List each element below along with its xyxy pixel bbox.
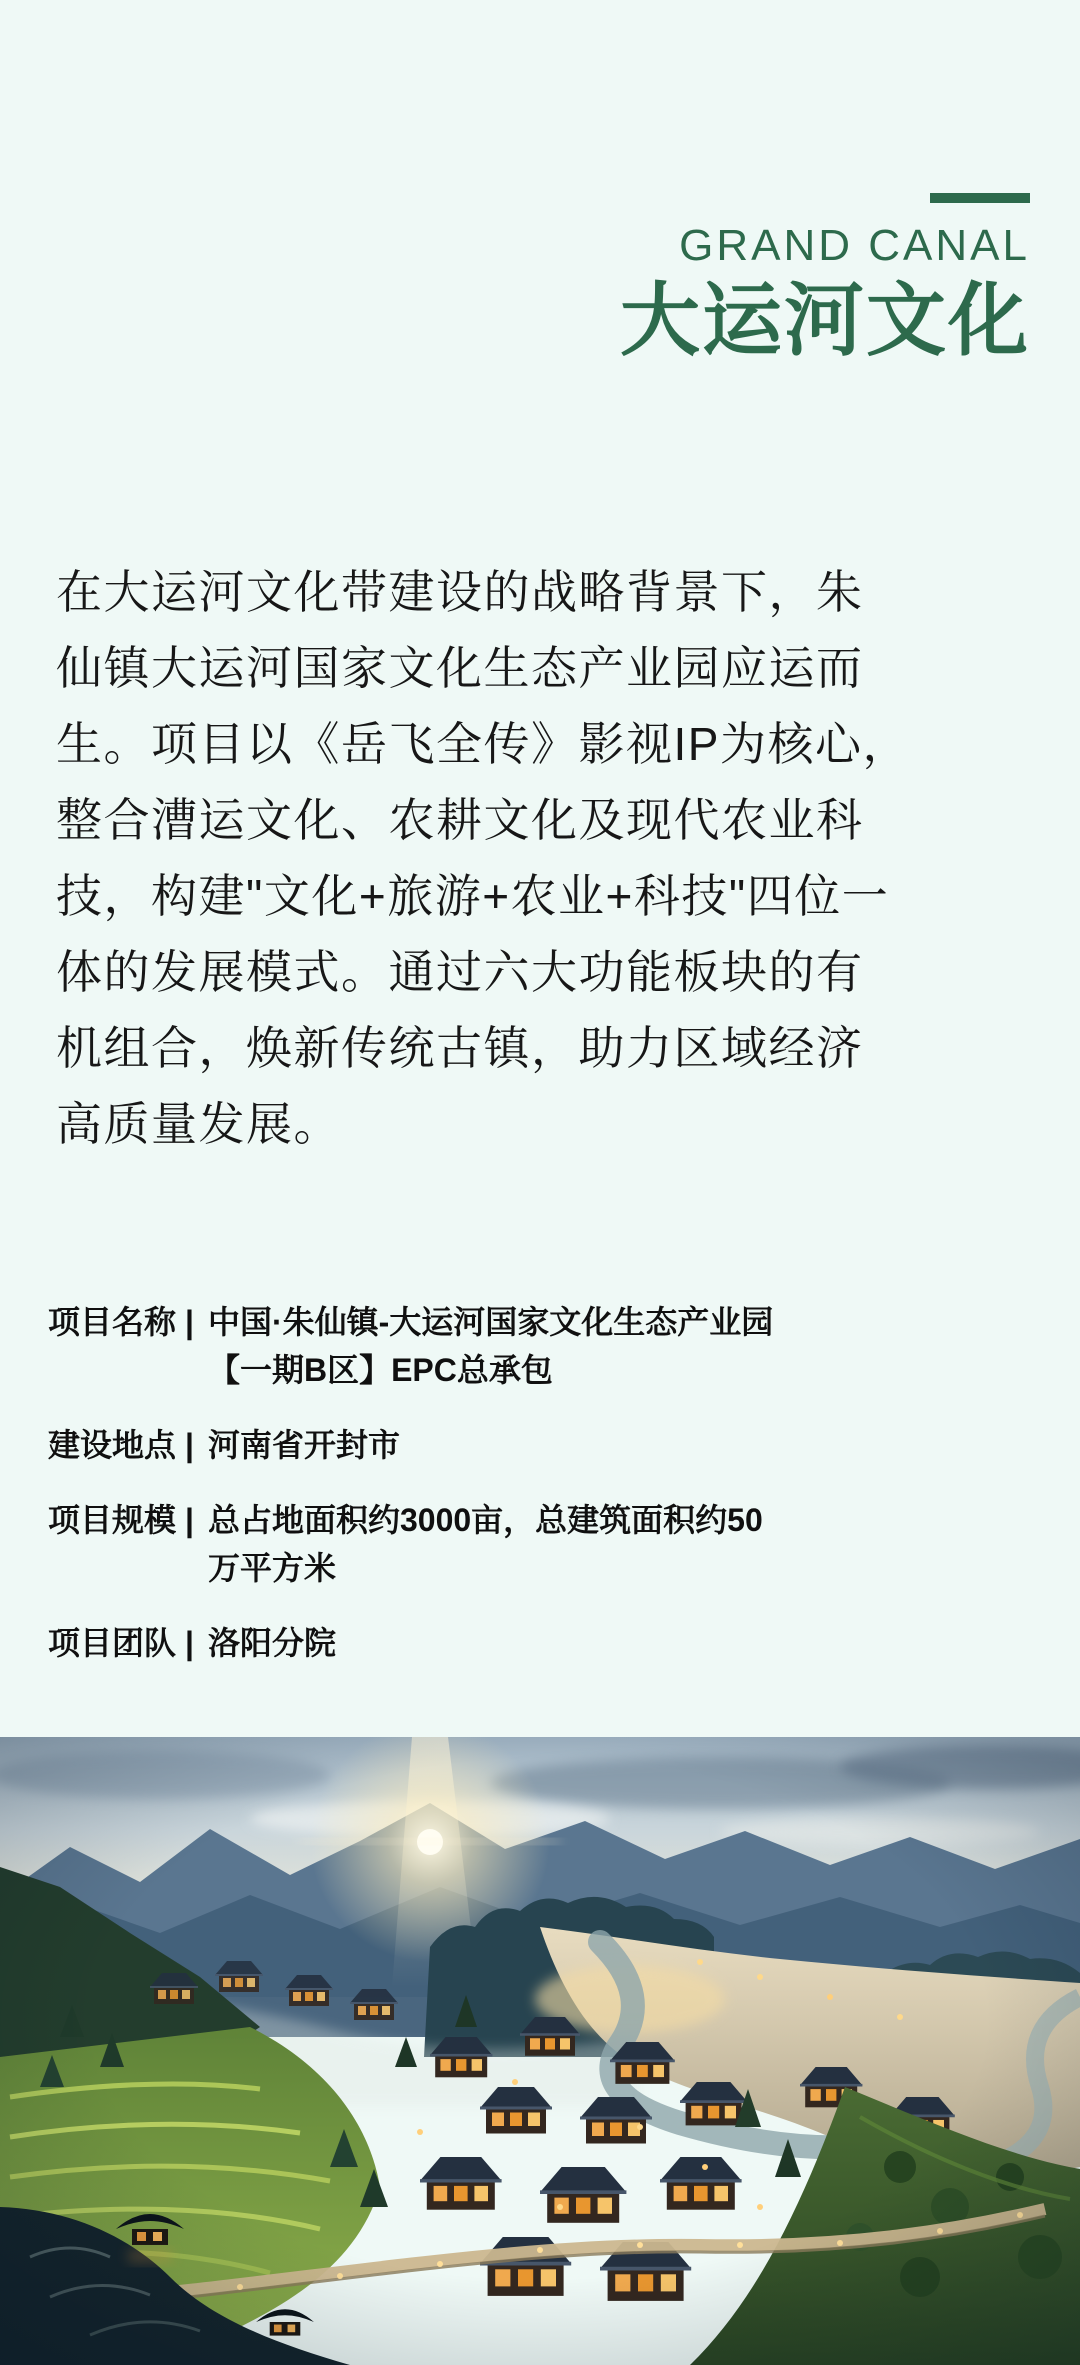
info-label: 项目名称 — [48, 1298, 176, 1346]
info-row-scale: 项目规模 | 总占地面积约3000亩，总建筑面积约50 万平方米 — [48, 1496, 1040, 1592]
info-separator: | — [185, 1619, 194, 1667]
info-label: 项目规模 — [48, 1496, 176, 1544]
project-info-list: 项目名称 | 中国·朱仙镇-大运河国家文化生态产业园 【一期B区】EPC总承包 … — [48, 1298, 1040, 1694]
page-title: 大运河文化 — [620, 277, 1030, 365]
info-row-team: 项目团队 | 洛阳分院 — [48, 1619, 1040, 1667]
accent-bar — [930, 193, 1030, 203]
info-row-location: 建设地点 | 河南省开封市 — [48, 1421, 1040, 1469]
info-separator: | — [185, 1421, 194, 1469]
header: GRAND CANAL 大运河文化 — [620, 193, 1030, 365]
info-separator: | — [185, 1298, 194, 1346]
info-value: 河南省开封市 — [208, 1421, 1040, 1469]
info-value: 中国·朱仙镇-大运河国家文化生态产业园 【一期B区】EPC总承包 — [208, 1298, 1040, 1394]
info-value: 总占地面积约3000亩，总建筑面积约50 万平方米 — [208, 1496, 1040, 1592]
info-label: 项目团队 — [48, 1619, 176, 1667]
info-separator: | — [185, 1496, 194, 1544]
header-subtitle: GRAND CANAL — [620, 223, 1030, 269]
project-photo — [0, 1737, 1080, 2365]
intro-paragraph: 在大运河文化带建设的战略背景下，朱 仙镇大运河国家文化生态产业园应运而 生。项目… — [56, 554, 916, 1162]
info-label: 建设地点 — [48, 1421, 176, 1469]
info-value: 洛阳分院 — [208, 1619, 1040, 1667]
page-root: GRAND CANAL 大运河文化 在大运河文化带建设的战略背景下，朱 仙镇大运… — [0, 0, 1080, 2365]
info-row-project-name: 项目名称 | 中国·朱仙镇-大运河国家文化生态产业园 【一期B区】EPC总承包 — [48, 1298, 1040, 1394]
